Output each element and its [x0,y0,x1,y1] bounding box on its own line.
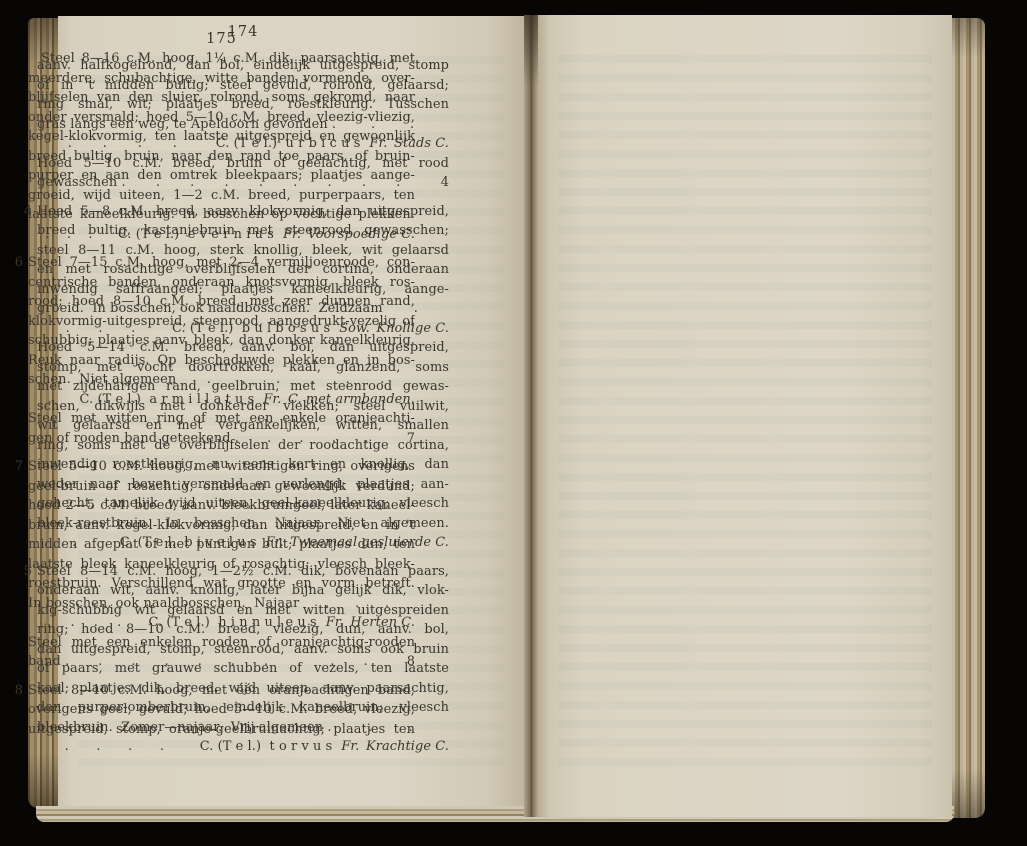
paragraph-block: 8Steel 8—10 c.M. hoog, met één oranjeach… [28,681,415,740]
text-line: hoed 2—5 c.M. breed, aanv. bleekbruingee… [28,496,415,516]
text-line: Reuk naar radijs. Op beschaduwde plekken… [28,351,415,371]
text-line: blijfselen van den sluier, rolrond, soms… [28,88,415,108]
species-latin-name: C. (T e l.) a r m i l l a t u s [80,390,255,410]
text-line: laatste kaneelkleurig. In bosschen op vo… [28,205,415,225]
species-author-common-name: Fr. Herten C. [326,613,415,633]
item-number: 7 [7,457,23,477]
paragraph-block: Steel 8—16 c.M. hoog, 1¼ c.M. dik, paars… [28,49,415,244]
dot: . [128,737,132,757]
text-line: Steel 5—10 c.M. hoog, met witachtigen ri… [28,457,415,477]
couplet-ref-number: 7 [407,429,415,449]
couplet-ref-number: 4 [441,173,449,193]
dot: . [380,370,384,390]
text-line: onder versmald; hoed 5—10 c.M. breed, vl… [28,108,415,128]
dot: . [264,652,268,672]
text-line: band ..........8 [28,652,415,672]
dot: . [332,429,336,449]
text-line: Steel 8—16 c.M. hoog, 1¼ c.M. dik, paars… [28,49,415,69]
dot: . [48,390,52,410]
item-number: 8 [7,681,23,701]
text-line: Steel 7—15 c.M. hoog, met 2—4 vermiljoen… [28,253,415,273]
right-page-number: 175 [28,31,415,47]
dot: . [98,652,102,672]
right-page [538,15,952,817]
dot: . [231,652,235,672]
right-page-edge-stack [952,18,985,818]
species-latin-name: C. (T e l.) h i n n u l e u s [148,613,316,633]
text-line: gen of rooden band geteekend .....7 [28,429,415,449]
text-line: klokvormig-uitgespreid, steenrood, aange… [28,312,415,332]
text-line: centrische banden, onderaan knotsvormig,… [28,273,415,293]
text-line: schen. Niet algemeen...... [28,370,415,390]
text-line: roestbruin. Verschillend wat grootte en … [28,574,415,594]
leader-dots: ......... [69,652,396,672]
text-line: meerdere, schubachtige, witte banden vor… [28,69,415,89]
line-text: gen of rooden band geteekend . [28,429,239,449]
text-line: rood; hoed 8—10 c.M. breed, met zeer dun… [28,292,415,312]
dot: . [300,429,304,449]
leader-dots: ... [28,225,110,245]
text-line: midden afgeplat of met puntigen bult; pl… [28,535,415,555]
dot: . [346,370,350,390]
text-line: laatste bleek kaneelkleurig of rosachtig… [28,555,415,575]
text-line: groeid, wijd uiteen, 1—2 c.M. breed, pur… [28,186,415,206]
dot: . [364,652,368,672]
dot: . [241,370,245,390]
species-author-common-name: Fr. Voorspoedige C. [283,225,415,245]
leader-dots: ... [299,594,415,614]
dot: . [385,594,389,614]
paragraph-block: 6Steel 7—15 c.M. hoog, met 2—4 vermiljoe… [28,253,415,448]
dot: . [297,652,301,672]
species-name-line: ....C. (T e l.) h i n n u l e u sFr. Her… [28,613,415,633]
species-name-line: ....C. (T e l.) t o r v u sFr. Krachtige… [37,737,449,757]
text-line: Steel met witten ring of met een enkele … [28,409,415,429]
line-text: In bosschen, ook naaldbosschen. Najaar [28,594,299,614]
paragraph-block: 7Steel 5—10 c.M. hoog, met witachtigen r… [28,457,415,672]
couplet-ref-number: 8 [407,652,415,672]
species-author-common-name: Fr. Krachtige C. [341,737,449,757]
line-text: schen. Niet algemeen [28,370,176,390]
book-gutter [524,15,538,817]
line-text: band . [28,652,69,672]
text-line: uitgespreid, stomp, oranje-geelbruinacht… [28,720,415,740]
text-line: purper en aan den omtrek bleekpaars; pla… [28,166,415,186]
dot: . [65,737,69,757]
dot: . [276,370,280,390]
text-line: geel-bruin of rosachtig, onderaan gewoon… [28,477,415,497]
right-page-text-column: Steel 8—16 c.M. hoog, 1¼ c.M. dik, paars… [28,49,415,739]
text-line: Steel met een enkelen rooden of oranjeac… [28,633,415,653]
dot: . [325,594,329,614]
species-author-common-name: Fr. C. met armbanden. [263,390,415,410]
dot: . [88,225,92,245]
book-photo: 174 175 aanv. halfkogelrond, dan bol, ei… [0,0,1027,846]
dot: . [45,225,49,245]
dot: . [267,429,271,449]
leader-dots: .... [37,737,192,757]
text-line: In bosschen, ook naaldbosschen. Najaar..… [28,594,415,614]
dot: . [311,370,315,390]
text-line: schubbig; plaatjes aanv. bleek, dan donk… [28,331,415,351]
dot: . [94,613,98,633]
species-latin-name: C. (T e l.) e v e r n i u s [118,225,274,245]
dot: . [364,429,368,449]
leader-dots: ...... [176,370,415,390]
species-name-line: .C. (T e l.) a r m i l l a t u sFr. C. m… [28,390,415,410]
species-name-line: ...C. (T e l.) e v e r n i u sFr. Voorsp… [28,225,415,245]
dot: . [117,613,121,633]
text-line: kegel-klokvormig, ten laatste uitgesprei… [28,127,415,147]
item-number: 6 [7,253,23,273]
dot: . [131,652,135,672]
dot: . [330,652,334,672]
text-line: bruin, aanv. kegel-klokvormig, dan uitge… [28,516,415,536]
text-line: Steel 8—10 c.M. hoog, met één oranjeacht… [28,681,415,701]
dot: . [198,652,202,672]
dot: . [70,613,74,633]
dot: . [207,370,211,390]
dot: . [160,737,164,757]
leader-dots: . [28,390,72,410]
dot: . [165,652,169,672]
species-latin-name: C. (T e l.) t o r v u s [200,737,333,757]
dot: . [67,225,71,245]
text-line: breed bultig, bruin, naar den rand toe p… [28,147,415,167]
leader-dots: .... [28,613,140,633]
dot: . [355,594,359,614]
dot: . [47,613,51,633]
dot: . [96,737,100,757]
text-line: overigens geel, gevuld; hoed 5—10 c.M. b… [28,700,415,720]
leader-dots: .... [239,429,397,449]
